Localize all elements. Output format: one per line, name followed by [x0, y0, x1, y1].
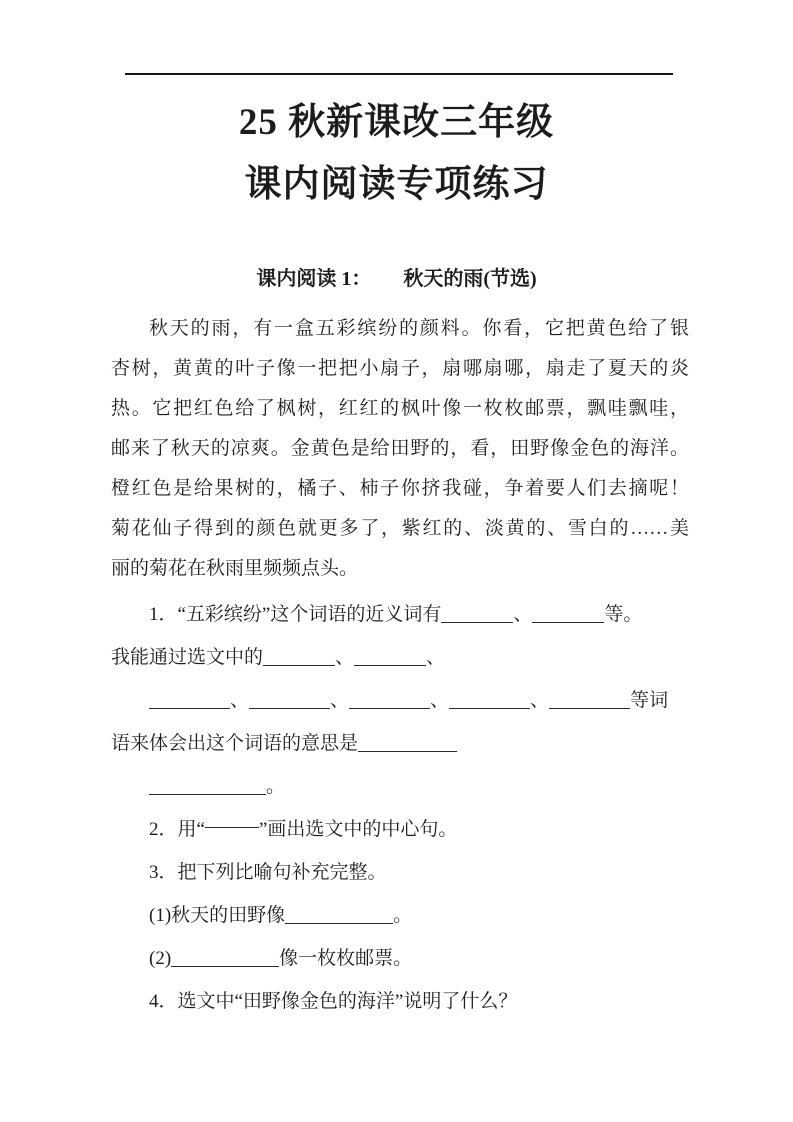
section-heading: 课内阅读 1：秋天的雨(节选) [0, 265, 793, 293]
section-label: 课内阅读 1： [256, 268, 371, 290]
answer-blank [449, 708, 530, 709]
answer-blank [549, 708, 630, 709]
worksheet-page: 25 秋新课改三年级 课内阅读专项练习 课内阅读 1：秋天的雨(节选) 秋天的雨… [0, 0, 793, 1122]
question-3-sub2: (2)像一枚枚邮票。 [111, 937, 689, 980]
answer-blank [263, 665, 335, 666]
passage-line: 杏树，黄黄的叶子像一把把小扇子，扇哪扇哪，扇走了夏天的炎 [111, 349, 689, 389]
answer-blank [285, 923, 393, 924]
question-1-line: 、、、、等词 [111, 679, 689, 722]
question-3: 3．把下列比喻句补充完整。 [111, 851, 689, 894]
answer-blank [358, 751, 457, 752]
answer-blank [349, 708, 430, 709]
question-list: 1．“五彩缤纷”这个词语的近义词有、等。 我能通过选文中的、、 、、、、等词 语… [111, 593, 689, 1023]
answer-blank [249, 708, 330, 709]
answer-blank [149, 708, 230, 709]
reading-passage: 秋天的雨，有一盒五彩缤纷的颜料。你看，它把黄色给了银 杏树，黄黄的叶子像一把把小… [111, 309, 689, 589]
passage-line: 邮来了秋天的凉爽。金黄色是给田野的，看，田野像金色的海洋。 [111, 429, 689, 469]
question-4: 4．选文中“田野像金色的海洋”说明了什么？ [111, 980, 689, 1023]
passage-line: 秋天的雨，有一盒五彩缤纷的颜料。你看，它把黄色给了银 [111, 309, 689, 349]
header-divider-rule [125, 73, 673, 75]
document-title-line2: 课内阅读专项练习 [0, 163, 793, 207]
question-1-line: 我能通过选文中的、、 [111, 636, 689, 679]
question-3-sub1: (1)秋天的田野像。 [111, 894, 689, 937]
answer-blank [441, 622, 513, 623]
passage-line: 热。它把红色给了枫树，红红的枫叶像一枚枚邮票，飘哇飘哇， [111, 389, 689, 429]
question-2: 2．用“”画出选文中的中心句。 [111, 808, 689, 851]
question-1-line: 语来体会出这个词语的意思是 [111, 722, 689, 765]
passage-line: 丽的菊花在秋雨里频频点头。 [111, 549, 689, 589]
section-title: 秋天的雨(节选) [403, 268, 536, 290]
passage-line: 橙红色是给果树的，橘子、柿子你挤我碰，争着要人们去摘呢！ [111, 469, 689, 509]
passage-line: 菊花仙子得到的颜色就更多了，紫红的、淡黄的、雪白的……美 [111, 509, 689, 549]
question-1-line: 1．“五彩缤纷”这个词语的近义词有、等。 [111, 593, 689, 636]
answer-blank [354, 665, 426, 666]
answer-blank [149, 794, 266, 795]
answer-blank [171, 966, 279, 967]
underline-mark-rule [205, 827, 259, 828]
document-title-line1: 25 秋新课改三年级 [0, 101, 793, 145]
answer-blank [532, 622, 604, 623]
question-1-line: 。 [111, 765, 689, 808]
